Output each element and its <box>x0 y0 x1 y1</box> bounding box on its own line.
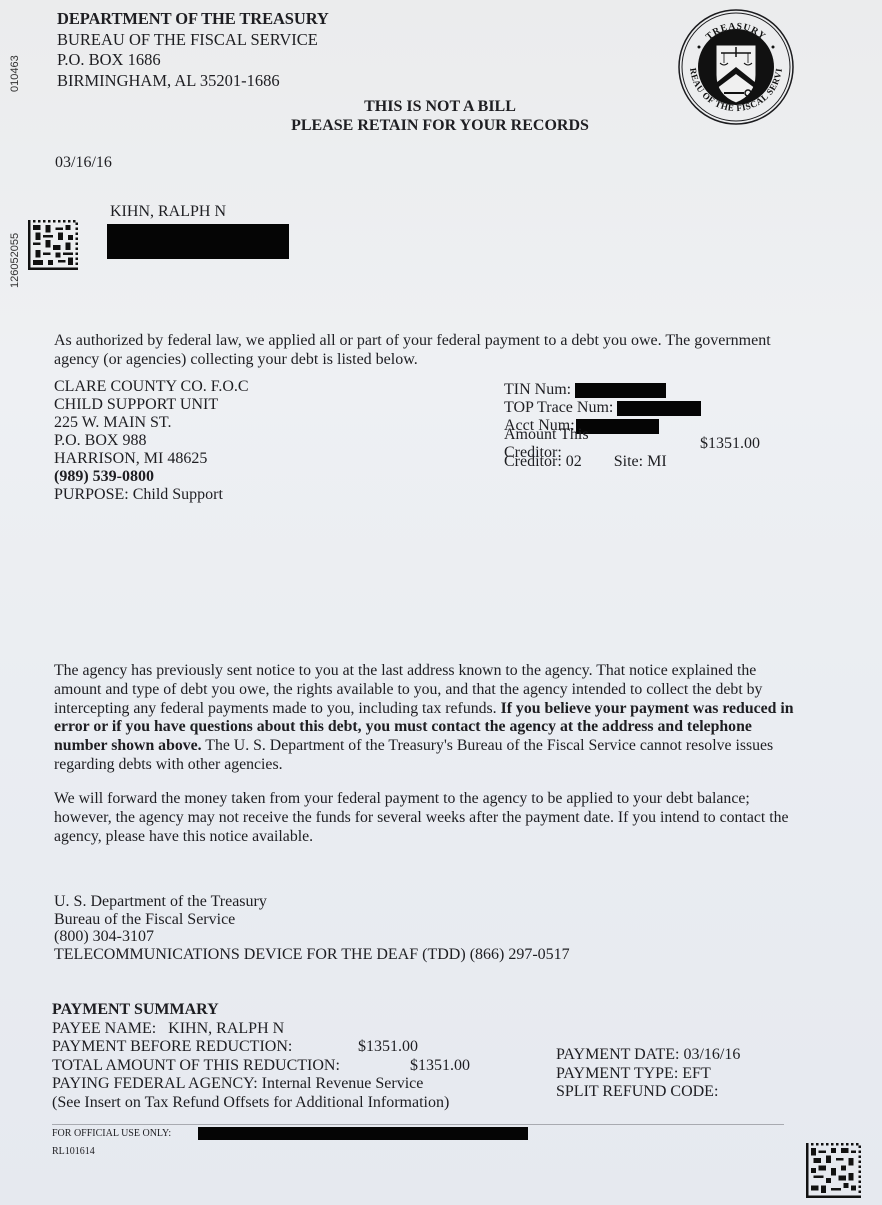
official-use-label: FOR OFFICIAL USE ONLY: <box>52 1128 171 1139</box>
notice-paragraph: The agency has previously sent notice to… <box>54 662 794 775</box>
paying-agency-label: PAYING FEDERAL AGENCY: <box>52 1075 258 1092</box>
agency-po-box: P.O. BOX 988 <box>54 432 249 450</box>
paying-agency-value: Internal Revenue Service <box>262 1075 424 1092</box>
redacted-official-use <box>198 1127 528 1140</box>
agency-city: HARRISON, MI 48625 <box>54 450 249 468</box>
intro-paragraph: As authorized by federal law, we applied… <box>54 331 794 369</box>
creditor-number: Creditor: 02 <box>504 453 582 471</box>
agency-phone: (989) 539-0800 <box>54 468 249 486</box>
payment-type: PAYMENT TYPE: EFT <box>556 1065 740 1084</box>
contact-department: U. S. Department of the Treasury <box>54 893 570 911</box>
split-refund-code: SPLIT REFUND CODE: <box>556 1083 740 1102</box>
payment-summary: PAYMENT SUMMARY PAYEE NAME: KIHN, RALPH … <box>52 1001 470 1112</box>
amount-creditor-value: $1351.00 <box>700 435 760 453</box>
agency-purpose: PURPOSE: Child Support <box>54 486 249 504</box>
creditor-site: Site: MI <box>614 453 667 471</box>
sender-po-box: P.O. BOX 1686 <box>57 50 329 71</box>
recipient-name: KIHN, RALPH N <box>110 203 226 221</box>
notice-date: 03/16/16 <box>55 154 112 172</box>
datamatrix-barcode-icon <box>28 220 78 270</box>
payment-date: PAYMENT DATE: 03/16/16 <box>556 1046 740 1065</box>
form-code: RL101614 <box>52 1146 95 1157</box>
sender-department: DEPARTMENT OF THE TREASURY <box>57 9 329 30</box>
top-trace-label: TOP Trace Num: <box>504 399 613 417</box>
contact-phone: (800) 304-3107 <box>54 928 570 946</box>
recipient-side-code: 126052055 <box>9 233 21 288</box>
payee-value: KIHN, RALPH N <box>168 1020 284 1037</box>
tin-label: TIN Num: <box>504 381 571 399</box>
sender-bureau: BUREAU OF THE FISCAL SERVICE <box>57 30 329 51</box>
retain-records-text: PLEASE RETAIN FOR YOUR RECORDS <box>250 117 630 136</box>
forwarding-paragraph: We will forward the money taken from you… <box>54 790 794 846</box>
agency-unit: CHILD SUPPORT UNIT <box>54 396 249 414</box>
before-reduction-value: $1351.00 <box>358 1038 418 1055</box>
treasury-seal-icon: TREASURY BUREAU OF THE FISCAL SERVICE <box>676 7 796 127</box>
before-reduction-label: PAYMENT BEFORE REDUCTION: <box>52 1038 358 1057</box>
payment-summary-title: PAYMENT SUMMARY <box>52 1001 470 1020</box>
agency-street: 225 W. MAIN ST. <box>54 414 249 432</box>
sender-city: BIRMINGHAM, AL 35201-1686 <box>57 71 329 92</box>
contact-bureau: Bureau of the Fiscal Service <box>54 911 570 929</box>
total-reduction-value: $1351.00 <box>410 1057 470 1074</box>
total-reduction-label: TOTAL AMOUNT OF THIS REDUCTION: <box>52 1057 410 1076</box>
treasury-contact: U. S. Department of the Treasury Bureau … <box>54 893 570 963</box>
contact-tdd: TELECOMMUNICATIONS DEVICE FOR THE DEAF (… <box>54 946 570 964</box>
official-use: FOR OFFICIAL USE ONLY: <box>52 1127 528 1140</box>
sender-address: DEPARTMENT OF THE TREASURY BUREAU OF THE… <box>57 9 329 91</box>
agency-name: CLARE COUNTY CO. F.O.C <box>54 378 249 396</box>
redacted-tin <box>575 383 666 398</box>
notice-header: THIS IS NOT A BILL PLEASE RETAIN FOR YOU… <box>250 98 630 135</box>
redacted-top-trace <box>617 401 701 416</box>
payee-label: PAYEE NAME: <box>52 1020 156 1037</box>
insert-note: (See Insert on Tax Refund Offsets for Ad… <box>52 1094 470 1113</box>
agency-address: CLARE COUNTY CO. F.O.C CHILD SUPPORT UNI… <box>54 378 249 504</box>
sender-side-code: 010463 <box>9 55 21 92</box>
creditor-details: TIN Num: TOP Trace Num: Acct Num: Amount… <box>504 381 760 471</box>
not-a-bill-text: THIS IS NOT A BILL <box>250 98 630 117</box>
payment-details: PAYMENT DATE: 03/16/16 PAYMENT TYPE: EFT… <box>556 1046 740 1102</box>
footer-divider <box>52 1124 784 1125</box>
redacted-recipient-address <box>107 224 289 259</box>
datamatrix-barcode-icon <box>806 1143 861 1198</box>
